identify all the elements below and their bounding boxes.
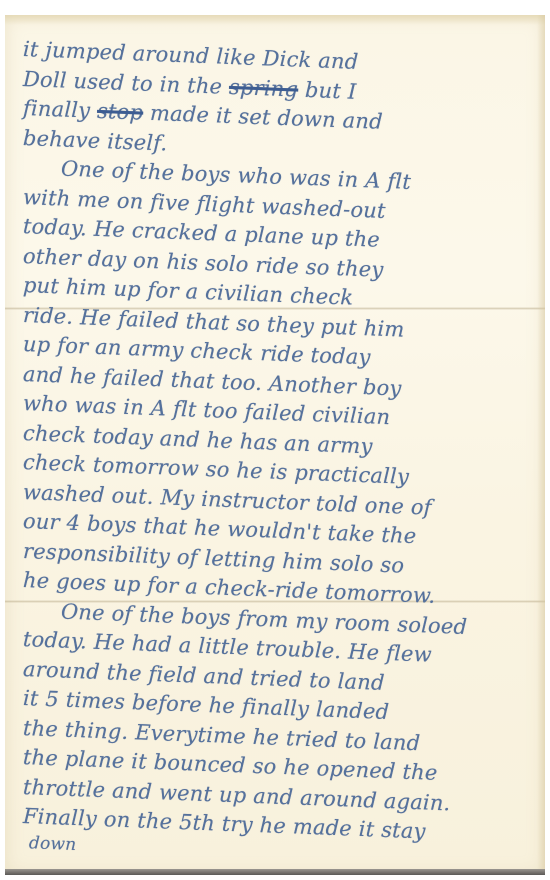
handwritten-text: it jumped around like Dick and Doll used… xyxy=(23,35,543,854)
struck-out-word: spring xyxy=(229,74,299,101)
struck-out-word: stop xyxy=(97,99,144,125)
scan-edge xyxy=(5,869,545,875)
letter-page: it jumped around like Dick and Doll used… xyxy=(5,15,545,875)
